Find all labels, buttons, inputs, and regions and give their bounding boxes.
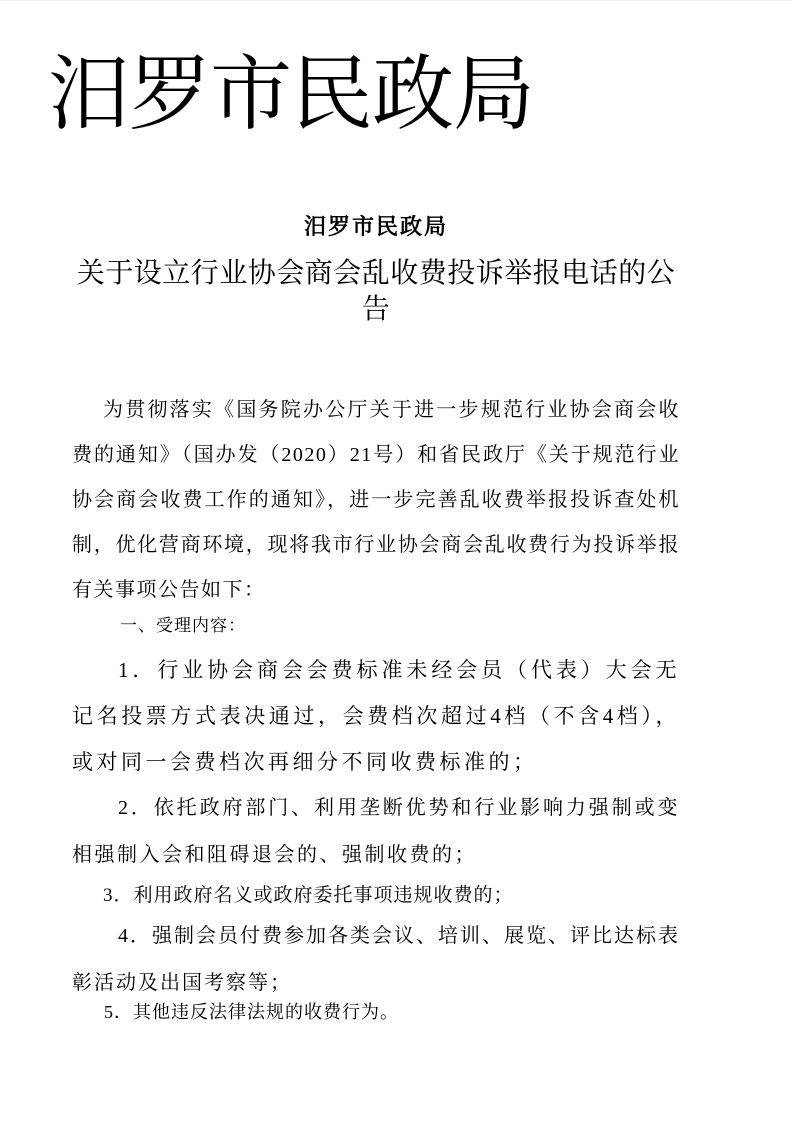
document-content: 汨罗市民政局 汨罗市民政局 关于设立行业协会商会乱收费投诉举报电话的公告 为贯彻… bbox=[72, 43, 680, 1029]
list-item-5: 5．其他违反法律法规的收费行为。 bbox=[72, 995, 680, 1029]
masthead-title: 汨罗市民政局 bbox=[48, 43, 680, 148]
list-item-1: 1．行业协会商会会费标准未经会员（代表）大会无记名投票方式表决通过，会费档次超过… bbox=[72, 647, 680, 785]
intro-paragraph: 为贯彻落实《国务院办公厅关于进一步规范行业协会商会收费的通知》（国办发（2020… bbox=[72, 388, 680, 613]
document-title-line-2: 关于设立行业协会商会乱收费投诉举报电话的公告 bbox=[72, 256, 680, 328]
list-item-4: 4．强制会员付费参加各类会议、培训、展览、评比达标表彰活动及出国考察等； bbox=[72, 913, 680, 1007]
document-title-line-1: 汨罗市民政局 bbox=[72, 212, 680, 242]
section-heading-accepted-content: 一、受理内容： bbox=[72, 613, 680, 639]
document-page: 汨罗市民政局 汨罗市民政局 关于设立行业协会商会乱收费投诉举报电话的公告 为贯彻… bbox=[0, 0, 793, 1123]
list-item-2: 2．依托政府部门、利用垄断优势和行业影响力强制或变相强制入会和阻碍退会的、强制收… bbox=[72, 785, 680, 879]
list-item-3: 3．利用政府名义或政府委托事项违规收费的； bbox=[72, 879, 680, 913]
